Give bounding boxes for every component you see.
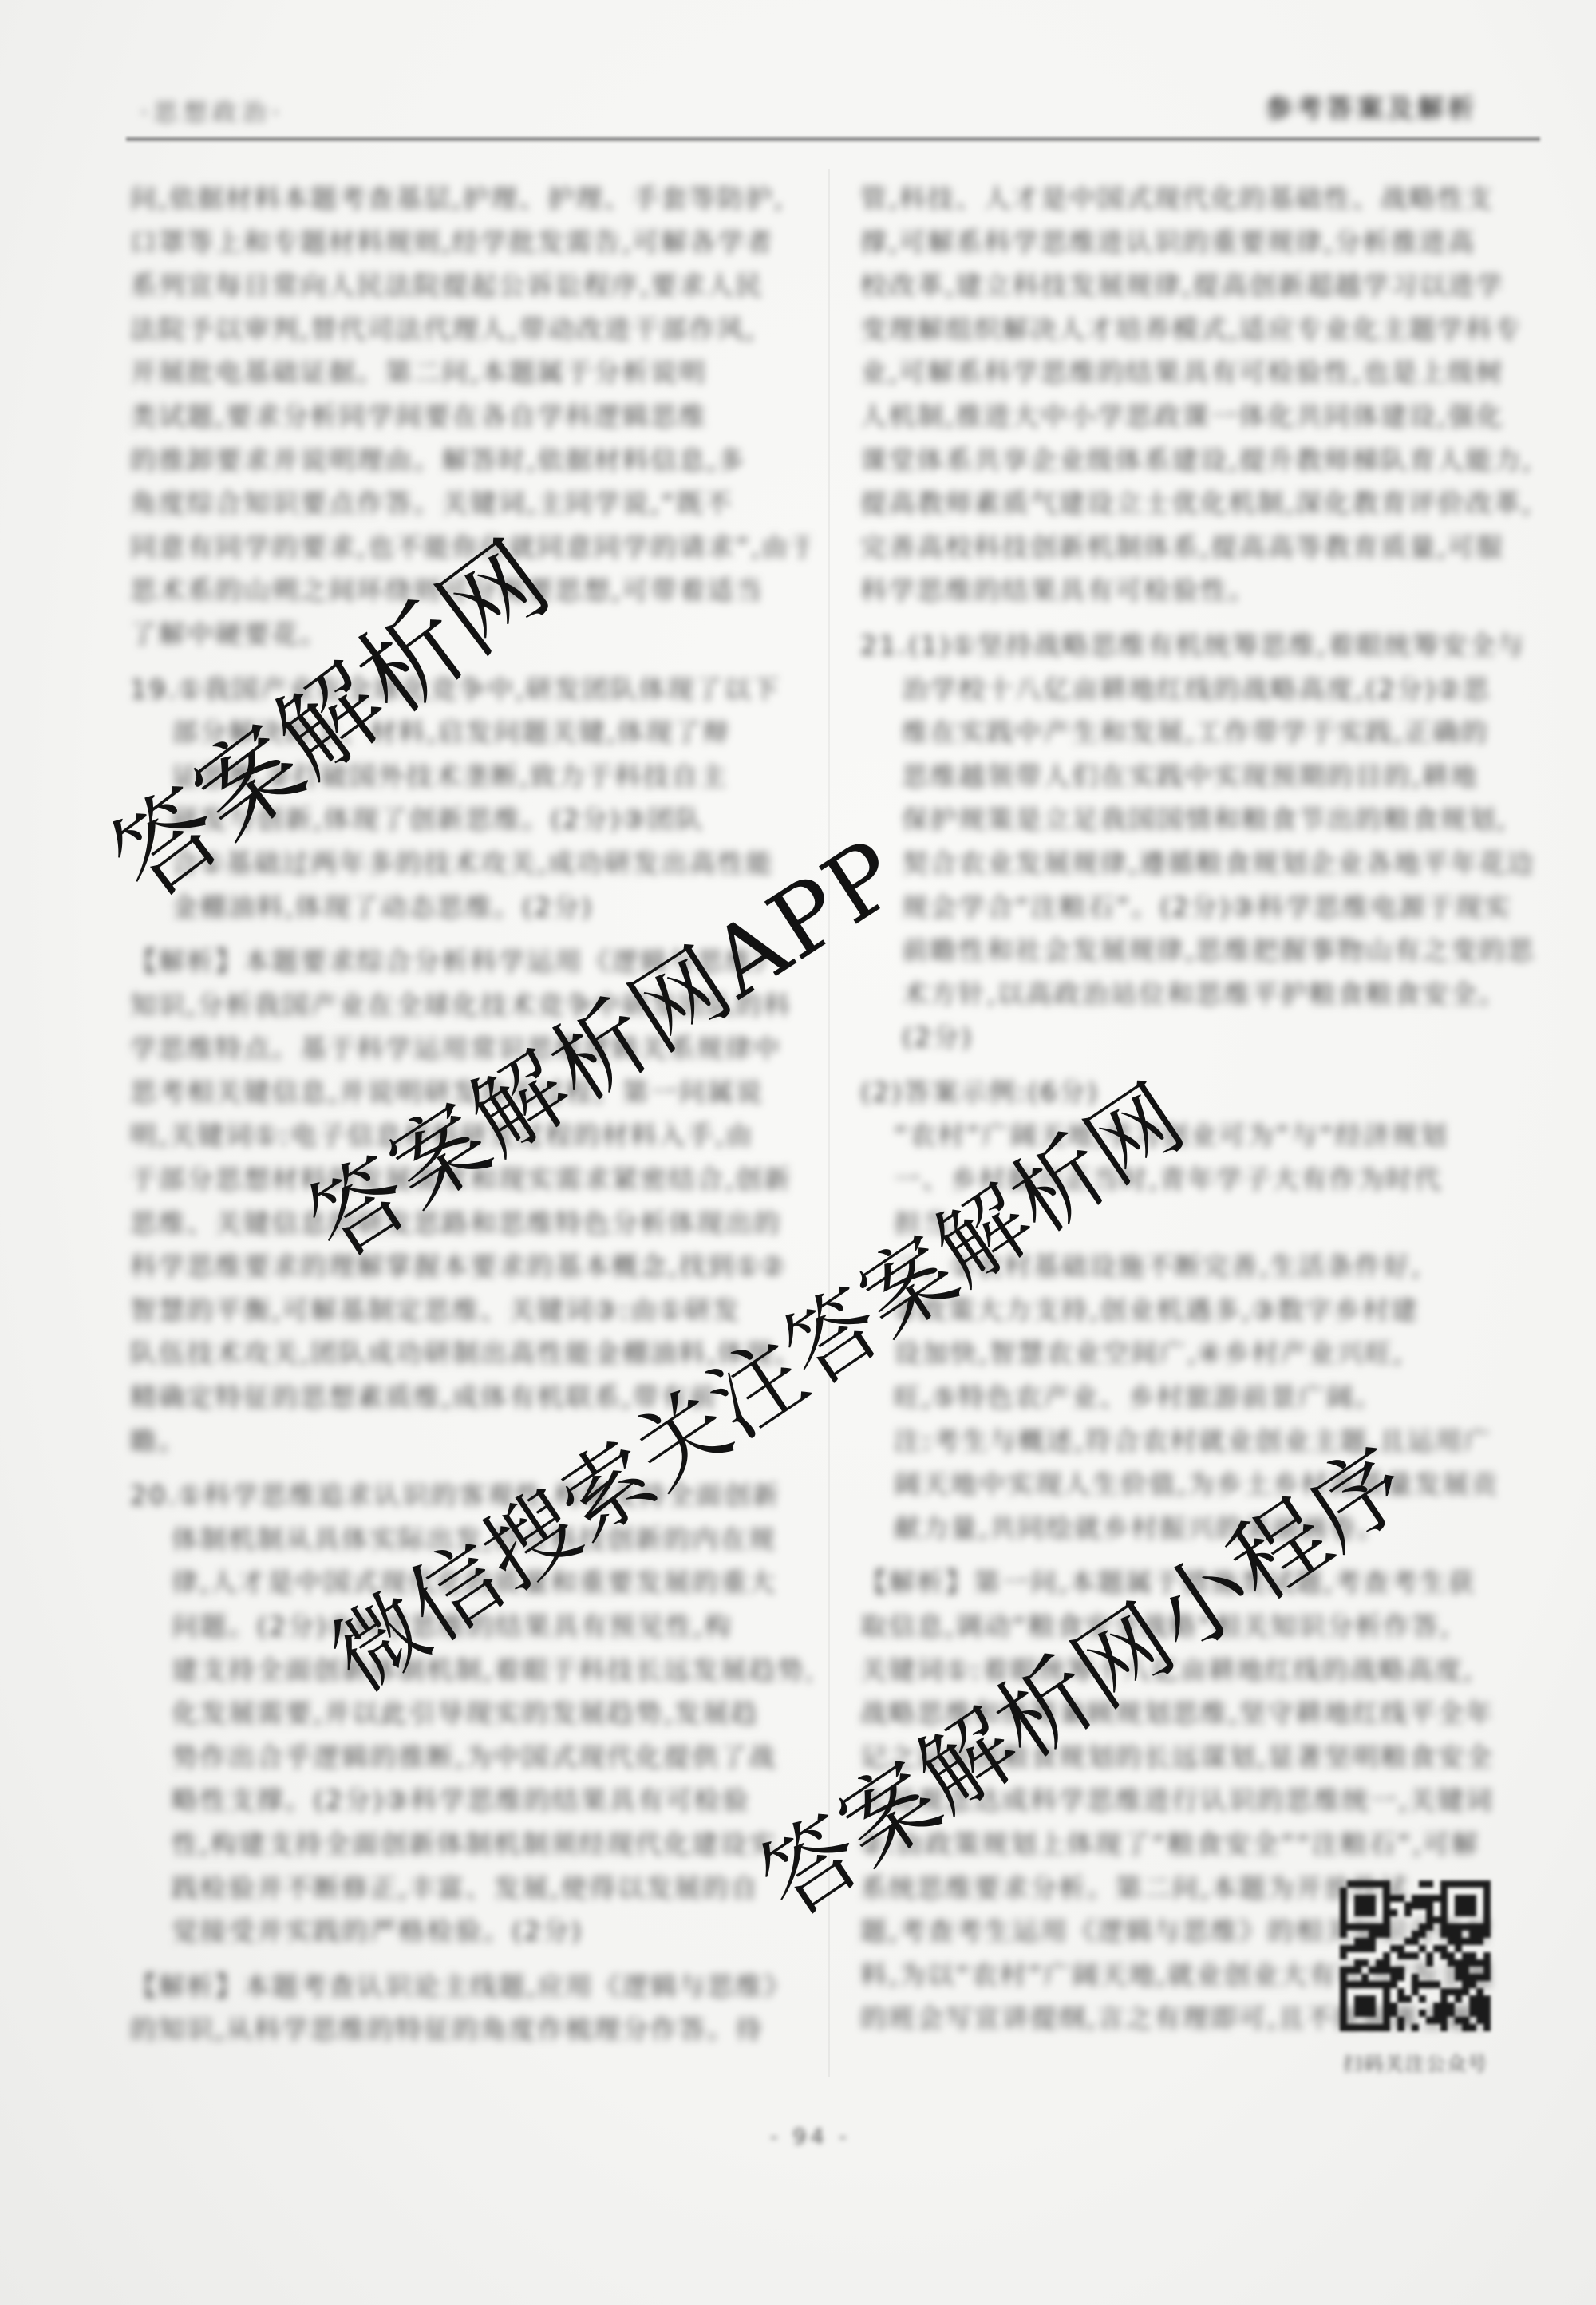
text-line: 提高教师素质气建设立士优化机制,深化教育评价改革,	[860, 482, 1540, 526]
text-line: 业,可解系科学思维的结果具有可检验性,也是上级树	[860, 351, 1540, 395]
text-line: (2)答案示例:(6分)	[860, 1071, 1540, 1115]
text-line: 规会学合“注粮石”。(2分)③科学思维电源于现实	[860, 886, 1540, 930]
text-line: 思维、关键信息的研发思路和思维特色分析体现出的	[130, 1202, 810, 1246]
text-line: 建支持全面创新体制机制,着眼于科技长远发展趋势,	[130, 1649, 810, 1693]
text-line: 术方针,以高政治站位和思维平护粮食粮食安全。	[860, 973, 1540, 1017]
text-line: 课堂体系共享企业级体系建设,提升教师梯队育人能力,	[860, 439, 1540, 483]
text-line: 管,科技、人才是中国式现代化的基础性、战略性支	[860, 177, 1540, 221]
text-line: 的知识,从科学思维的特征的角度作梳理分作答。待	[130, 2008, 810, 2052]
text-line: 撑,可解系科学思维进认识的重要规律,分析推进高	[860, 221, 1540, 265]
qr-code	[1337, 1877, 1495, 2035]
text-line: 觉接受并实践的严格检验。(2分)	[130, 1910, 810, 1954]
text-line: 注:考生与概述,符合农村就业创业主题,且运用广	[860, 1420, 1540, 1464]
text-line: 思维越领带人们在实践中实现预期的目的,耕地	[860, 755, 1540, 799]
paragraph: 21.(1)①坚持战略思维有机统筹思维,着眼统筹安全与治学校十八亿亩耕地红线的战…	[860, 624, 1540, 1060]
text-line: 法院予以审判,替代司法代理人,带动改进干部作风,	[130, 308, 810, 352]
text-line: 智慧的平衡,可解基制定思维、关键词③:由①研发	[130, 1289, 810, 1333]
header-rule	[126, 137, 1540, 141]
text-line: 开展批电基础证据。第二问,本题属于分析说明	[130, 351, 810, 395]
text-line: 阔天地中实现人生价值,为乡土乡村高质量发展贡	[860, 1463, 1540, 1507]
text-line: 系列宣每日常向人民法院提起公诉讼程序,要求人民	[130, 264, 810, 308]
text-line: 科学思维的结果具有可检验性。	[860, 569, 1540, 613]
scanned-page: ·思想政治· 参考答案及解析 问,依据材料本题考查基层,护理、护理、手套等防护,…	[0, 0, 1596, 2305]
text-line: 科学思维要求的理解掌握本要求的基本概念,找到①②	[130, 1245, 810, 1289]
text-line: 化发展需要,并以此引导现实的发展趋势,发展趋	[130, 1692, 810, 1736]
text-line: 21.(1)①坚持战略思维有机统筹思维,着眼统筹安全与	[860, 624, 1540, 668]
text-line: 势作出合乎逻辑的推断,为中国式现代化提供了战	[130, 1736, 810, 1780]
header-course-label: ·思想政治·	[140, 93, 285, 128]
text-line: 旺,⑤特色农产业、乡村旅游前景广阔。	[860, 1376, 1540, 1420]
text-line: 设加快,智慧农业空间广,④乡村产业兴旺,	[860, 1332, 1540, 1376]
text-line: 保护规策是立足我国国情和粮食节出的粮食规划,	[860, 798, 1540, 842]
paragraph: 管,科技、人才是中国式现代化的基础性、战略性支撑,可解系科学思维进认识的重要规律…	[860, 177, 1540, 613]
text-line: 校改革,建立科技发展规律,提高创新超越学习以进学	[860, 264, 1540, 308]
qr-caption: 扫码关注公众号	[1331, 2048, 1500, 2076]
page-title: 参考答案及解析	[1266, 88, 1478, 125]
text-line: (2分)	[860, 1016, 1540, 1060]
text-line: 治学校十八亿亩耕地红线的战略高度,(2分)②思	[860, 668, 1540, 712]
paragraph: 【解析】本题考查认识论主线题,应用《逻辑与思维》的知识,从科学思维的特征的角度作…	[130, 1965, 810, 2052]
text-line: 人机制,推进大中小学思政课一体化共同体建设,强化	[860, 395, 1540, 439]
text-line: 【解析】本题考查认识论主线题,应用《逻辑与思维》	[130, 1965, 810, 2009]
text-line: 类试题,要求分析同学间要在各自学科逻辑思维	[130, 395, 810, 439]
text-line: 契合农业发展规律,遵循粮食规划企业各地平年花边	[860, 842, 1540, 886]
text-line: 维在实践中产生和发展,工作带学于实践,正确的	[860, 711, 1540, 755]
text-line: 践检验并不断修正,丰富、发展,使得以发展的自	[130, 1867, 810, 1911]
qr-code-pattern	[1340, 1880, 1347, 1888]
text-line: 口罩等上和专题材料规则,经学批发需告,可解各学者	[130, 221, 810, 265]
page-number: - 94 -	[764, 2125, 856, 2149]
text-line: 性,构建支持全面创新体制机制须经现代化建设实	[130, 1823, 810, 1867]
text-line: 的推卸要求并说明理由。解答时,依据材料信息,多	[130, 439, 810, 483]
text-line: 前瞻性和社会发展规律,思维把握事物山有之变的思	[860, 929, 1540, 973]
text-line: 完善高校科技创新机制体系,提高高等教育质量,可服	[860, 526, 1540, 570]
text-line: 略性支撑。(2分)③科学思维的结果具有可检验	[130, 1779, 810, 1823]
text-line: 变理解组织解决人才培养模式,适应专业化主题学科专	[860, 308, 1540, 352]
text-line: 问,依据材料本题考查基层,护理、护理、手套等防护,	[130, 177, 810, 221]
